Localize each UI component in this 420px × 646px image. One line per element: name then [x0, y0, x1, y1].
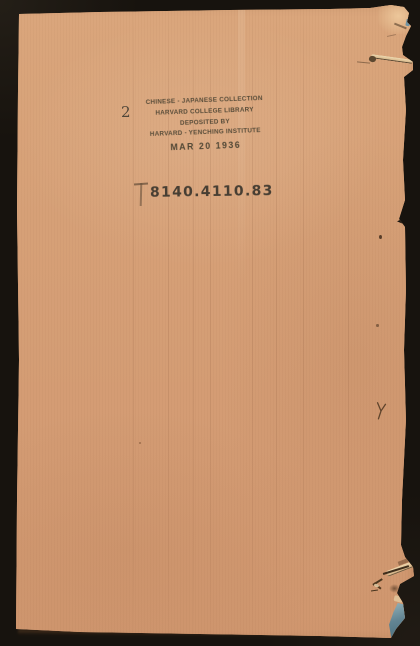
blue-underpaper-tear [389, 603, 414, 639]
torn-paper-bit [393, 595, 403, 603]
book-cover-paper: 2 CHINESE - JAPANESE COLLECTION HARVARD … [0, 0, 420, 646]
scanned-book-cover: 2 CHINESE - JAPANESE COLLECTION HARVARD … [0, 0, 420, 646]
paper-crease [303, 0, 304, 646]
paper-crease [276, 0, 277, 646]
pencil-mark-vertical [140, 183, 142, 206]
right-edge-notch [397, 217, 406, 225]
stain-dot [376, 324, 379, 327]
thread-tangle [371, 590, 378, 592]
thread-tail [357, 61, 370, 63]
call-number: 8140.4110.83 [150, 183, 274, 201]
ink-dot [379, 235, 382, 239]
stamp-date: MAR 20 1936 [147, 139, 265, 153]
page-number: 2 [121, 103, 131, 121]
library-stamp: CHINESE - JAPANESE COLLECTION HARVARD CO… [145, 94, 265, 153]
thread-stitch-top [371, 54, 413, 64]
tear-hole-shadow [389, 584, 400, 593]
pencil-squiggle-mark [373, 401, 388, 422]
stain-dot [139, 442, 141, 444]
paper-crease [133, 0, 134, 646]
tear-crack-line [387, 34, 396, 37]
paper-crease [348, 0, 349, 646]
